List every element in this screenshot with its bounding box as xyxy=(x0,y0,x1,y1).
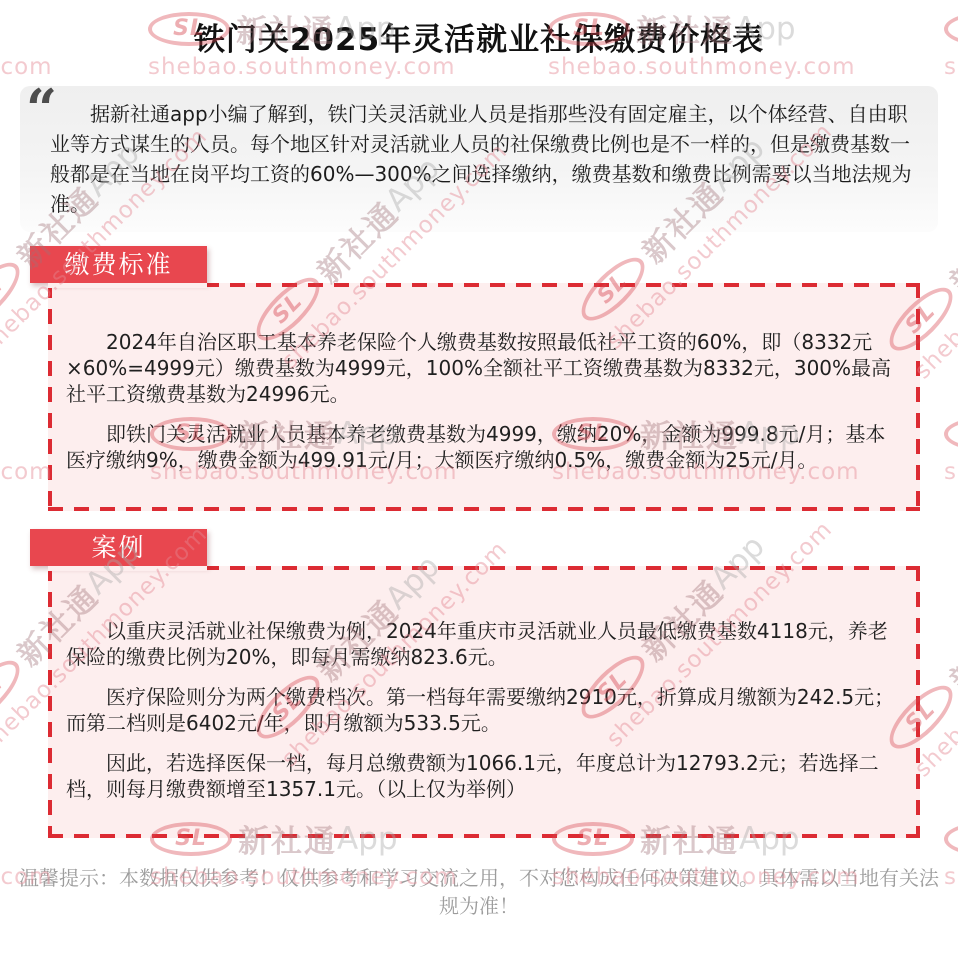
page-title: 铁门关2025年灵活就业社保缴费价格表 xyxy=(0,0,958,60)
paragraph: 以重庆灵活就业社保缴费为例，2024年重庆市灵活就业人员最低缴费基数4118元，… xyxy=(66,618,902,670)
paragraph: 医疗保险则分为两个缴费档次。第一档每年需要缴纳2910元，折算成月缴额为242.… xyxy=(66,684,902,736)
section-box-case: 以重庆灵活就业社保缴费为例，2024年重庆市灵活就业人员最低缴费基数4118元，… xyxy=(48,566,920,838)
quote-icon: “ xyxy=(26,82,57,136)
paragraph: 2024年自治区职工基本养老保险个人缴费基数按照最低社平工资的60%，即（833… xyxy=(66,329,902,407)
section-heading-payment-standard: 缴费标准 xyxy=(30,246,207,283)
section-box-payment-standard: 2024年自治区职工基本养老保险个人缴费基数按照最低社平工资的60%，即（833… xyxy=(48,283,920,511)
intro-text: 据新社通app小编了解到，铁门关灵活就业人员是指那些没有固定雇主，以个体经营、自… xyxy=(50,99,912,219)
paragraph: 因此，若选择医保一档，每月总缴费额为1066.1元，年度总计为12793.2元；… xyxy=(66,750,902,802)
footer-disclaimer: 温馨提示：本数据仅供参考！仅供参考和学习交流之用，不对您构成任何决策建议。具体需… xyxy=(19,864,939,920)
intro-card: “ 据新社通app小编了解到，铁门关灵活就业人员是指那些没有固定雇主，以个体经营… xyxy=(20,86,938,232)
section-heading-case: 案例 xyxy=(30,529,207,566)
paragraph: 即铁门关灵活就业人员基本养老缴费基数为4999，缴纳20%，金额为999.8元/… xyxy=(66,421,902,473)
